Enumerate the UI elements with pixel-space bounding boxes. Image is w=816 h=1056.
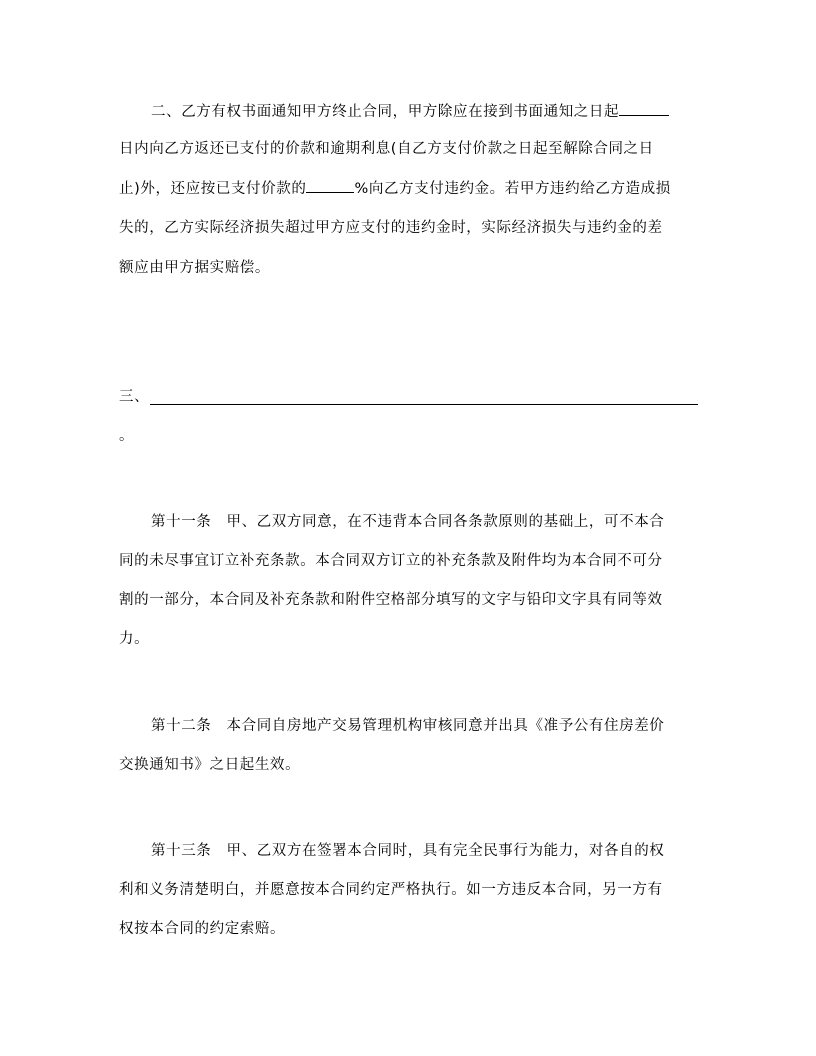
percent-blank[interactable] [306, 178, 354, 193]
clause-2-line-2: 日内向乙方返还已支付的价款和逾期利息(自乙方支付价款之日起至解除合同之日 [119, 139, 699, 159]
article-12-line-1: 第十二条 本合同自房地产交易管理机构审核同意并出具《准予公有住房差价 [119, 716, 731, 736]
text: 止)外，还应按已支付价款的 [119, 181, 306, 197]
text: %向乙方支付违约金。若甲方违约给乙方造成损 [354, 181, 670, 197]
clause-2-line-1: 二、乙方有权书面通知甲方终止合同，甲方除应在接到书面通知之日起 [119, 101, 731, 122]
article-13-line-1: 第十三条 甲、乙双方在签署本合同时，具有完全民事行为能力，对各自的权 [119, 841, 731, 861]
article-11-line-4: 力。 [119, 629, 699, 649]
article-11-line-3: 割的一部分，本合同及补充条款和附件空格部分填写的文字与铅印文字具有同等效 [119, 590, 699, 610]
clause-2-line-5: 额应由甲方据实赔偿。 [119, 258, 699, 278]
article-13-line-3: 权按本合同的约定索赔。 [119, 919, 699, 939]
clause-3-end: 。 [119, 426, 699, 446]
clause-2-line-4: 失的，乙方实际经济损失超过甲方应支付的违约金时，实际经济损失与违约金的差 [119, 218, 699, 238]
clause-3-blank-line[interactable] [150, 404, 698, 405]
article-11-line-2: 同的未尽事宜订立补充条款。本合同双方订立的补充条款及附件均为本合同不可分 [119, 551, 699, 571]
article-13-line-2: 利和义务清楚明白，并愿意按本合同约定严格执行。如一方违反本合同，另一方有 [119, 880, 699, 900]
clause-2-line-3: 止)外，还应按已支付价款的%向乙方支付违约金。若甲方违约给乙方造成损 [119, 178, 699, 199]
article-12-line-2: 交换通知书》之日起生效。 [119, 755, 699, 775]
article-11-line-1: 第十一条 甲、乙双方同意，在不违背本合同各条款原则的基础上，可不本合 [119, 512, 731, 532]
days-blank[interactable] [619, 101, 669, 116]
text: 二、乙方有权书面通知甲方终止合同，甲方除应在接到书面通知之日起 [151, 104, 619, 120]
